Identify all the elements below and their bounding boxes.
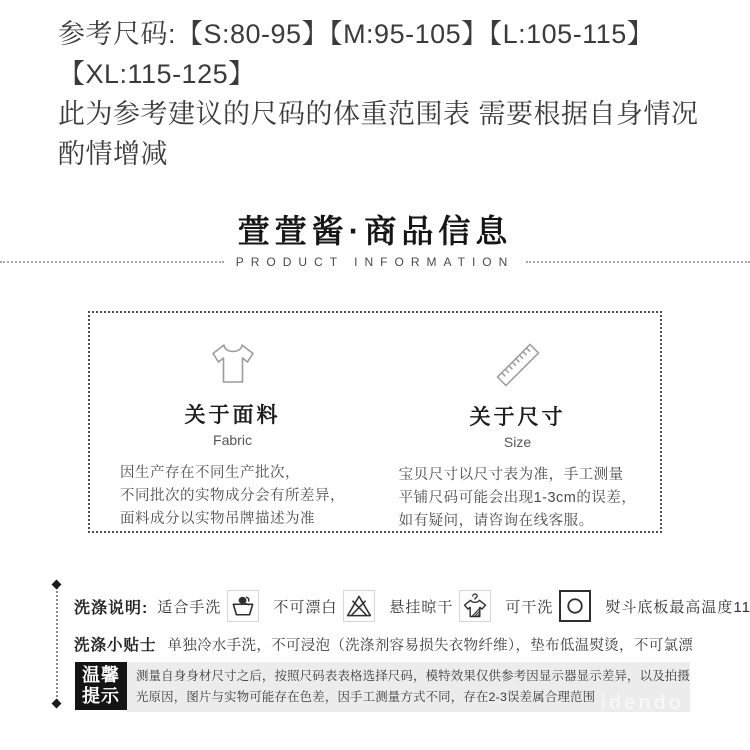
care-instructions-row: 洗涤说明: 适合手洗 不可漂白 悬挂晾干 可干洗 (74, 587, 750, 625)
care-tips-label: 洗涤小贴士 (74, 633, 157, 655)
care-item-label: 不可漂白 (273, 596, 337, 617)
size-reference-line: 酌情增减 (58, 134, 718, 174)
section-subtitle: PRODUCT INFORMATION (224, 255, 527, 269)
ruler-icon (490, 337, 546, 393)
size-reference-line: 【XL:115-125】 (58, 54, 718, 94)
size-reference-line: 参考尺码:【S:80-95】【M:95-105】【L:105-115】 (58, 14, 718, 54)
hang-dry-icon (459, 590, 491, 622)
care-item-label: 适合手洗 (157, 596, 221, 617)
care-item-label: 悬挂晾干 (389, 596, 453, 617)
notice-badge-line: 温馨 (82, 665, 120, 686)
notice-text-line: 测量自身身材尺寸之后，按照尺码表表格选择尺码，模特效果仅供参考因显示器显示差异，… (136, 666, 682, 687)
fabric-subtitle: Fabric (213, 432, 252, 448)
dotted-divider-right (526, 261, 750, 263)
size-panel: 关于尺寸 Size 宝贝尺寸以尺寸表为准，手工测量 平铺尺码可能会出现1-3cm… (375, 313, 660, 531)
care-item-label: 熨斗底板最高温度110 (605, 596, 750, 617)
size-description-line: 宝贝尺寸以尺寸表为准，手工测量 (399, 464, 637, 487)
fabric-title: 关于面料 (185, 399, 281, 429)
fabric-description-line: 因生产存在不同生产批次， (120, 462, 345, 485)
size-title: 关于尺寸 (470, 401, 566, 431)
size-reference-line: 此为参考建议的尺码的体重范围表 需要根据自身情况 (58, 94, 718, 134)
section-subtitle-row: PRODUCT INFORMATION (0, 252, 750, 272)
watermark: idendo (600, 693, 684, 712)
size-description-line: 平铺尺码可能会出现1-3cm的误差， (399, 487, 637, 510)
product-info-page: 参考尺码:【S:80-95】【M:95-105】【L:105-115】 【XL:… (0, 0, 750, 750)
dotted-divider-left (0, 261, 224, 263)
care-tips-row: 洗涤小贴士 单独冷水手洗，不可浸泡（洗涤剂容易损失衣物纤维），垫布低温熨烫，不可… (74, 633, 693, 655)
size-description: 宝贝尺寸以尺寸表为准，手工测量 平铺尺码可能会出现1-3cm的误差， 如有疑问，… (399, 464, 637, 533)
dry-clean-icon (559, 590, 591, 622)
notice-panel: 测量自身身材尺寸之后，按照尺码表表格选择尺码，模特效果仅供参考因显示器显示差异，… (127, 662, 690, 712)
section-title: 萱萱酱·商品信息 (0, 206, 750, 252)
size-description-line: 如有疑问，请咨询在线客服。 (399, 510, 637, 533)
size-reference-block: 参考尺码:【S:80-95】【M:95-105】【L:105-115】 【XL:… (58, 14, 718, 174)
hand-wash-icon (227, 590, 259, 622)
care-item-label: 可干洗 (505, 596, 553, 617)
fabric-description-line: 面料成分以实物吊牌描述为准 (120, 508, 345, 531)
fabric-description: 因生产存在不同生产批次， 不同批次的实物成分会有所差异， 面料成分以实物吊牌描述… (120, 462, 345, 531)
fabric-panel: 关于面料 Fabric 因生产存在不同生产批次， 不同批次的实物成分会有所差异，… (90, 313, 375, 531)
care-instructions-label: 洗涤说明: (74, 595, 148, 618)
notice-badge: 温馨 提示 (75, 662, 127, 710)
care-section-rail (56, 584, 58, 704)
tshirt-icon (206, 337, 260, 391)
no-bleach-icon (343, 590, 375, 622)
notice-badge-line: 提示 (82, 686, 120, 707)
care-tips-text: 单独冷水手洗，不可浸泡（洗涤剂容易损失衣物纤维），垫布低温熨烫，不可氯漂 (168, 634, 694, 655)
fabric-description-line: 不同批次的实物成分会有所差异， (120, 485, 345, 508)
size-subtitle: Size (504, 434, 531, 450)
info-box: 关于面料 Fabric 因生产存在不同生产批次， 不同批次的实物成分会有所差异，… (88, 311, 662, 533)
